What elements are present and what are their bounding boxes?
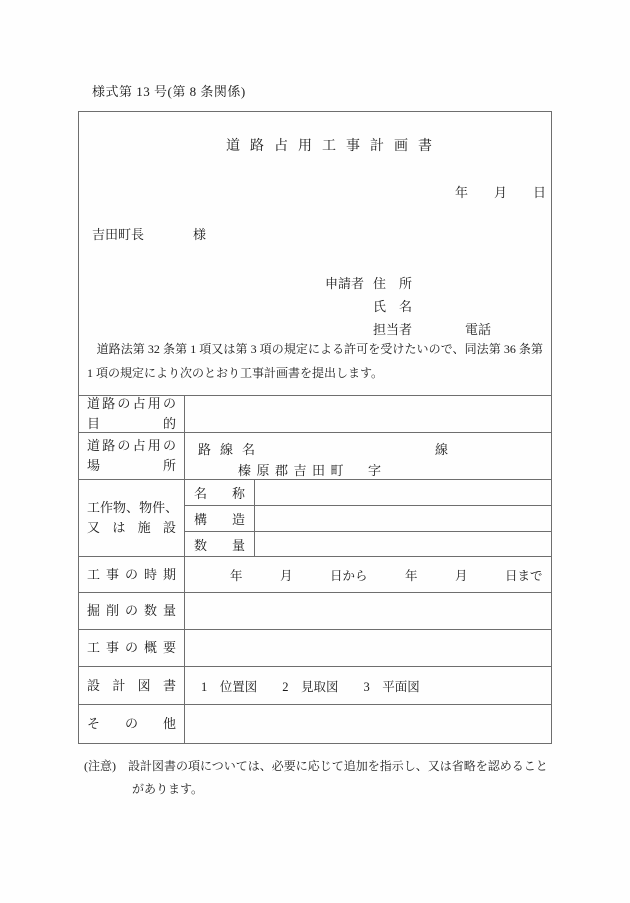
- drawings-label: 設計図書: [87, 676, 176, 696]
- address-label: 住 所: [373, 272, 412, 295]
- structures-label-line2: 又は施設: [87, 518, 176, 538]
- applicant-name-row: 氏 名: [325, 295, 491, 318]
- structure-quantity-label: 数量: [194, 535, 245, 554]
- structure-construction-label-cell: 構造: [185, 506, 255, 531]
- form-title: 道路占用工事計画書: [226, 135, 442, 155]
- route-name-label: 路線名: [198, 439, 264, 458]
- other-value-cell: [185, 705, 551, 743]
- location-label-line2: 場所: [87, 456, 176, 476]
- structure-construction-sub-row: 構造: [185, 506, 551, 532]
- footnote-line1: (注意)設計図書の項については、必要に応じて追加を指示し、又は省略を認めること: [84, 755, 548, 778]
- structure-name-label-cell: 名称: [185, 480, 255, 505]
- footnote-text1: 設計図書の項については、必要に応じて追加を指示し、又は省略を認めること: [128, 759, 548, 773]
- date-line: 年 月 日: [455, 182, 546, 201]
- purpose-value-cell: [185, 396, 551, 432]
- applicant-block: 申請者 住 所 氏 名 担当者 電話: [325, 272, 491, 341]
- location-row: 道路の占用の 場所 路線名 線 榛原郡吉田町 字: [79, 433, 551, 480]
- location-address-line: 榛原郡吉田町 字: [185, 458, 551, 479]
- excavation-label: 掘削の数量: [87, 601, 176, 621]
- form-border-box: 道路占用工事計画書 年 月 日 吉田町長様 申請者 住 所 氏 名 担当者 電話…: [78, 111, 552, 744]
- period-row: 工事の時期 年 月 日から 年 月 日まで: [79, 557, 551, 593]
- location-content: 路線名 線 榛原郡吉田町 字: [185, 434, 551, 479]
- footnote: (注意)設計図書の項については、必要に応じて追加を指示し、又は省略を認めること …: [84, 755, 548, 801]
- location-route-line: 路線名 線: [185, 437, 551, 458]
- structure-name-label: 名称: [194, 483, 245, 502]
- excavation-row: 掘削の数量: [79, 593, 551, 630]
- other-label: その他: [87, 714, 176, 734]
- structures-row: 工作物、物件、 又は施設 名称 構造: [79, 480, 551, 557]
- period-label-cell: 工事の時期: [79, 557, 185, 592]
- purpose-label-line1: 道路の占用の: [87, 394, 176, 414]
- purpose-label-cell: 道路の占用の 目的: [79, 396, 185, 432]
- address-aza-label: 字: [368, 460, 381, 479]
- form-table: 道路の占用の 目的 道路の占用の 場所 路線名 線: [79, 395, 551, 743]
- route-suffix-label: 線: [435, 439, 448, 458]
- drawings-row: 設計図書 1 位置図 2 見取図 3 平面図: [79, 667, 551, 705]
- location-value-cell: 路線名 線 榛原郡吉田町 字: [185, 433, 551, 479]
- outline-row: 工事の概要: [79, 630, 551, 667]
- structures-sub-table: 名称 構造 数量: [185, 480, 551, 556]
- structure-quantity-label-cell: 数量: [185, 532, 255, 556]
- name-label: 氏 名: [373, 295, 412, 318]
- drawings-label-cell: 設計図書: [79, 667, 185, 704]
- outline-label: 工事の概要: [87, 638, 176, 658]
- applicant-name-spacer: [325, 295, 373, 318]
- period-label: 工事の時期: [87, 565, 176, 585]
- addressee-honorific: 様: [193, 227, 206, 242]
- structure-quantity-sub-row: 数量: [185, 532, 551, 556]
- document-page: 様式第 13 号(第 8 条関係) 道路占用工事計画書 年 月 日 吉田町長様 …: [0, 0, 630, 903]
- purpose-label-line2: 目的: [87, 414, 176, 434]
- outline-value-cell: [185, 630, 551, 666]
- addressee-name: 吉田町長: [92, 227, 144, 242]
- other-label-cell: その他: [79, 705, 185, 743]
- structure-name-value-cell: [255, 480, 551, 505]
- applicant-label: 申請者: [325, 272, 373, 295]
- applicant-address-row: 申請者 住 所: [325, 272, 491, 295]
- excavation-value-cell: [185, 593, 551, 629]
- addressee-line: 吉田町長様: [92, 224, 206, 243]
- body-paragraph: 道路法第 32 条第 1 項又は第 3 項の規定による許可を受けたいので、同法第…: [79, 338, 551, 385]
- structure-quantity-value-cell: [255, 532, 551, 556]
- footnote-line2: があります。: [132, 778, 548, 801]
- excavation-label-cell: 掘削の数量: [79, 593, 185, 629]
- structure-construction-label: 構造: [194, 509, 245, 528]
- period-value-cell: 年 月 日から 年 月 日まで: [185, 557, 551, 592]
- form-number-label: 様式第 13 号(第 8 条関係): [92, 81, 246, 100]
- address-prefix-label: 榛原郡吉田町: [238, 460, 349, 479]
- location-label-line1: 道路の占用の: [87, 436, 176, 456]
- drawings-value-cell: 1 位置図 2 見取図 3 平面図: [185, 667, 551, 704]
- drawings-content: 1 位置図 2 見取図 3 平面図: [185, 677, 420, 695]
- other-row: その他: [79, 705, 551, 743]
- footnote-prefix: (注意): [84, 759, 116, 773]
- period-content: 年 月 日から 年 月 日まで: [185, 566, 543, 584]
- purpose-row: 道路の占用の 目的: [79, 396, 551, 433]
- structures-label-line1: 工作物、物件、: [87, 498, 176, 518]
- structure-name-sub-row: 名称: [185, 480, 551, 506]
- outline-label-cell: 工事の概要: [79, 630, 185, 666]
- location-label-cell: 道路の占用の 場所: [79, 433, 185, 479]
- structures-label-cell: 工作物、物件、 又は施設: [79, 480, 185, 556]
- structure-construction-value-cell: [255, 506, 551, 531]
